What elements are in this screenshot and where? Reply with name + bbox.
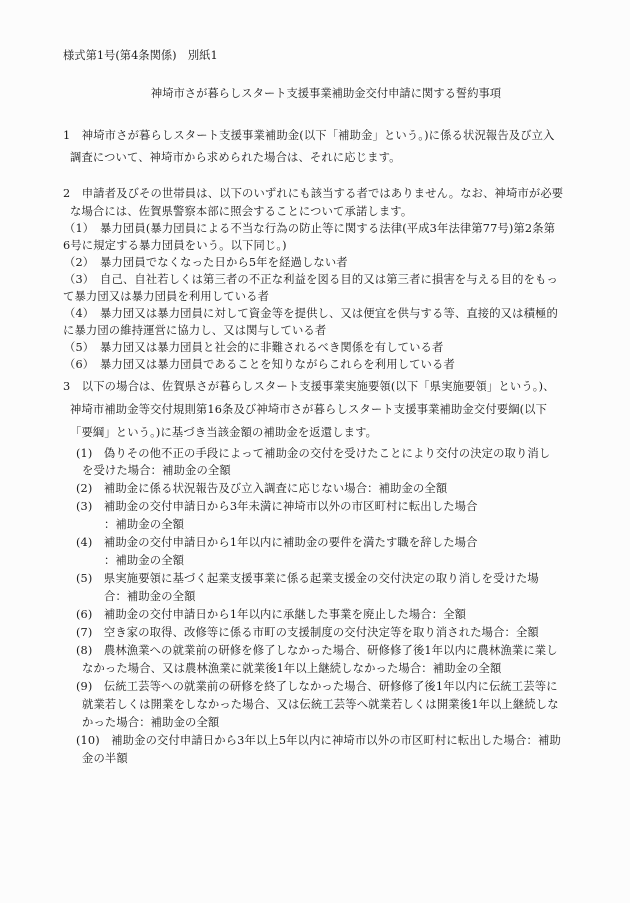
section-2-line: な場合には、佐賀県警察本部に照会することについて承諾します。 [70, 203, 412, 221]
list-item-continuation: を受けた場合：補助金の全額 [82, 462, 231, 480]
section-2-line: 2 申請者及びその世帯員は、以下のいずれにも該当する者ではありません。なお、神埼… [63, 185, 563, 203]
list-item-continuation: 6号に規定する暴力団員をいう。以下同じ。) [63, 237, 287, 255]
list-item-continuation: かった場合：補助金の全額 [82, 714, 219, 732]
section-1-line: 1 神埼市さが暮らしスタート支援事業補助金(以下「補助金」という。)に係る状況報… [63, 127, 555, 145]
list-item: （6） 暴力団又は暴力団員であることを知りながらこれらを利用している者 [64, 356, 455, 374]
list-item: (8) 農林漁業への就業前の研修を修了しなかった場合、研修修了後1年以内に農林漁… [76, 642, 558, 660]
list-item: （4） 暴力団又は暴力団員に対して資金等を提供し、又は便宜を供与する等、直接的又… [64, 305, 558, 323]
list-item: （1） 暴力団員(暴力団員による不当な行為の防止等に関する法律(平成3年法律第7… [64, 220, 555, 238]
list-item-continuation: ：補助金の全額 [104, 552, 184, 570]
list-item: (1) 偽りその他不正の手段によって補助金の交付を受けたことにより交付の決定の取… [76, 445, 550, 463]
section-3-line: 「要綱」という。)に基づき当該金額の補助金を返還します。 [70, 424, 377, 442]
list-item: (10) 補助金の交付申請日から3年以上5年以内に神埼市以外の市区町村に転出した… [76, 732, 561, 750]
list-item: (9) 伝統工芸等への就業前の研修を終了しなかった場合、研修修了後1年以内に伝統… [76, 678, 558, 696]
list-item: (3) 補助金の交付申請日から3年未満に神埼市以外の市区町村に転出した場合 [76, 498, 478, 516]
list-item: (7) 空き家の取得、改修等に係る市町の支援制度の交付決定等を取り消された場合：… [76, 624, 539, 642]
list-item-continuation: 金の半額 [82, 750, 128, 768]
list-item-continuation: 合：補助金の全額 [104, 588, 196, 606]
list-item: （5） 暴力団又は暴力団員と社会的に非難されるべき関係を有している者 [64, 339, 443, 357]
list-item-continuation: ：補助金の全額 [104, 516, 184, 534]
section-3-line: 神埼市補助金等交付規則第16条及び神埼市さが暮らしスタート支援事業補助金交付要綱… [70, 401, 547, 419]
list-item: (6) 補助金の交付申請日から1年以内に承継した事業を廃止した場合：全額 [76, 606, 466, 624]
list-item: （2） 暴力団員でなくなった日から5年を経過しない者 [64, 254, 348, 272]
section-1-line: 調査について、神埼市から求められた場合は、それに応じます。 [70, 149, 401, 167]
section-3-line: 3 以下の場合は、佐賀県さが暮らしスタート支援事業実施要領(以下「県実施要領」と… [63, 378, 555, 396]
form-label: 様式第1号(第4条関係) 別紙1 [63, 47, 218, 65]
list-item: （3） 自己、自社若しくは第三者の不正な利益を図る目的又は第三者に損害を与える目… [64, 271, 558, 289]
document-title: 神埼市さが暮らしスタート支援事業補助金交付申請に関する誓約事項 [0, 85, 630, 103]
list-item-continuation: なかった場合、又は農林漁業に就業後1年以上継続しなかった場合：補助金の全額 [82, 660, 501, 678]
list-item-continuation: て暴力団又は暴力団員を利用している者 [63, 288, 269, 306]
list-item: (4) 補助金の交付申請日から1年以内に補助金の要件を満たす職を辞した場合 [76, 534, 478, 552]
list-item: (5) 県実施要領に基づく起業支援事業に係る起業支援金の交付決定の取り消しを受け… [76, 570, 539, 588]
list-item-continuation: に暴力団の維持運営に協力し、又は関与している者 [63, 322, 326, 340]
list-item: (2) 補助金に係る状況報告及び立入調査に応じない場合：補助金の全額 [76, 480, 447, 498]
list-item-continuation: 就業若しくは開業をしなかった場合、又は伝統工芸等へ就業若しくは開業後1年以上継続… [82, 696, 559, 714]
